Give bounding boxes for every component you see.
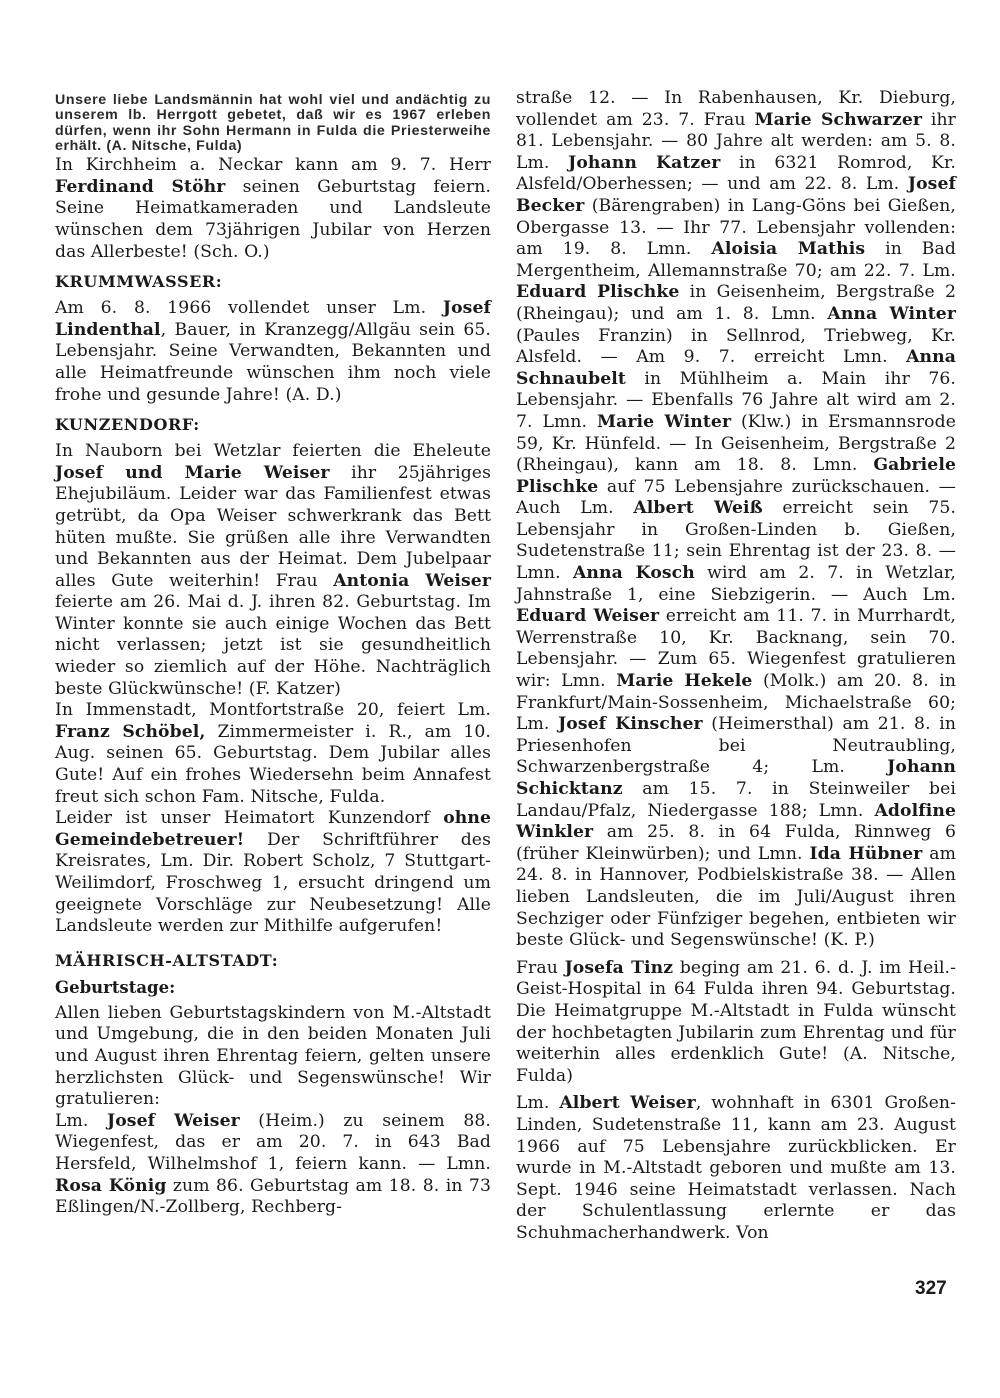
text-span: Frau <box>516 958 565 978</box>
article-geburtstage-intro: Allen lieben Geburtstagskindern von M.-A… <box>55 1003 491 1111</box>
page-number: 327 <box>915 1278 947 1300</box>
person-name: Ida Hübner <box>810 844 923 864</box>
person-name: Anna Kosch <box>573 563 695 583</box>
article-kunzendorf-schoebel: In Immenstadt, Montfortstraße 20, feiert… <box>55 700 491 808</box>
article-krummwasser: Am 6. 8. 1966 vollendet unser Lm. Josef … <box>55 298 491 406</box>
person-name: Josef und Marie Weiser <box>55 463 330 483</box>
person-name: Aloisia Mathis <box>711 239 865 259</box>
right-column: straße 12. — In Rabenhausen, Kr. Dieburg… <box>516 88 956 1244</box>
text-span: Am 6. 8. 1966 vollendet unser Lm. <box>55 298 443 318</box>
subheading-geburtstage: Geburtstage: <box>55 977 491 998</box>
text-span: In Kirchheim a. Neckar kann am 9. 7. Her… <box>55 155 491 175</box>
article-birthday-list-continued: straße 12. — In Rabenhausen, Kr. Dieburg… <box>516 88 956 952</box>
text-span: , wohnhaft in 6301 Großen-Linden, Sudete… <box>516 1093 956 1243</box>
person-name: Marie Hekele <box>616 671 752 691</box>
article-josefa-tinz: Frau Josefa Tinz beging am 21. 6. d. J. … <box>516 958 956 1088</box>
section-heading-maehrisch-altstadt: MÄHRISCH-ALTSTADT: <box>55 950 491 971</box>
article-kunzendorf-gemeindebetreuer: Leider ist unser Heimatort Kunzendorf oh… <box>55 808 491 938</box>
person-name: Josef Weiser <box>107 1111 240 1131</box>
person-name: Marie Schwarzer <box>754 110 922 130</box>
text-span: Leider ist unser Heimatort Kunzendorf <box>55 808 443 828</box>
person-name: Antonia Weiser <box>333 571 491 591</box>
text-span: Lm. <box>55 1111 107 1131</box>
section-heading-kunzendorf: KUNZENDORF: <box>55 414 491 435</box>
article-geburtstage-list: Lm. Josef Weiser (Heim.) zu seinem 88. W… <box>55 1111 491 1219</box>
person-name: Ferdinand Stöhr <box>55 177 225 197</box>
person-name: Albert Weiser <box>559 1093 695 1113</box>
article-albert-weiser: Lm. Albert Weiser, wohnhaft in 6301 Groß… <box>516 1093 956 1244</box>
person-name: Eduard Plischke <box>516 282 679 302</box>
person-name: Johann Katzer <box>568 153 720 173</box>
text-span: In Nauborn bei Wetzlar feierten die Ehel… <box>55 441 491 461</box>
person-name: Josefa Tinz <box>565 958 674 978</box>
text-span: (Paules Franzin) in Sellnrod, Triebweg, … <box>516 326 956 368</box>
article-kunzendorf-weiser: In Nauborn bei Wetzlar feierten die Ehel… <box>55 441 491 700</box>
person-name: Rosa König <box>55 1176 166 1196</box>
text-span: In Immenstadt, Montfortstraße 20, feiert… <box>55 700 491 720</box>
person-name: Eduard Weiser <box>516 606 659 626</box>
text-span: Lm. <box>516 1093 559 1113</box>
person-name: Franz Schöbel, <box>55 722 205 742</box>
person-name: Marie Winter <box>597 412 731 432</box>
left-column: Unsere liebe Landsmännin hat wohl viel u… <box>55 93 491 1219</box>
text-span: feierte am 26. Mai d. J. ihren 82. Gebur… <box>55 592 491 698</box>
section-heading-krummwasser: KRUMMWASSER: <box>55 271 491 292</box>
person-name: Albert Weiß <box>633 498 762 518</box>
intro-note: Unsere liebe Landsmännin hat wohl viel u… <box>55 93 491 154</box>
person-name: Josef Kinscher <box>558 714 703 734</box>
person-name: Anna Winter <box>827 304 956 324</box>
article-kirchheim: In Kirchheim a. Neckar kann am 9. 7. Her… <box>55 155 491 263</box>
